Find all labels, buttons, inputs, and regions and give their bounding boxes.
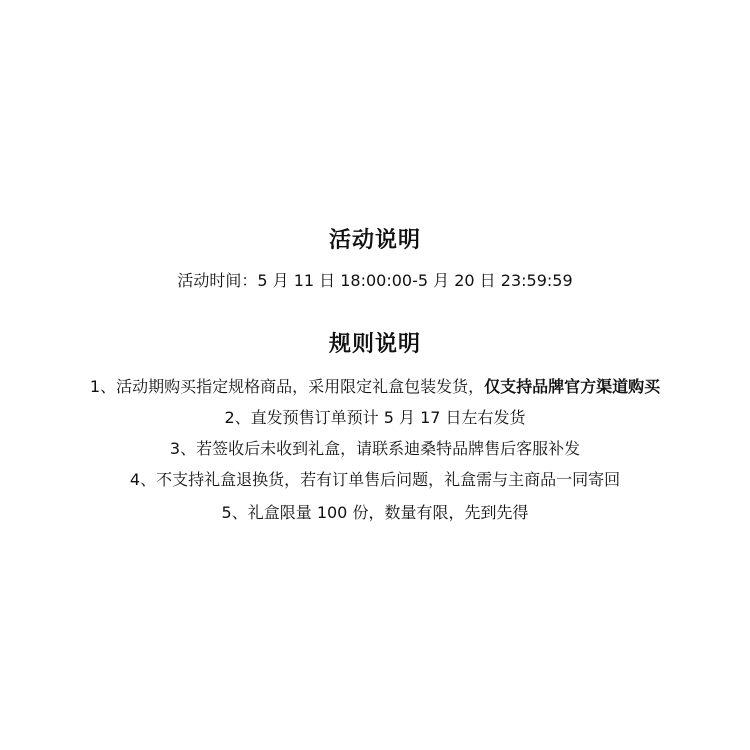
rule-item-4: 4、不支持礼盒退换货，若有订单售后问题，礼盒需与主商品一同寄回 <box>0 469 750 491</box>
rule-item-1-text: 1、活动期购买指定规格商品，采用限定礼盒包装发货， <box>90 377 484 396</box>
rule-item-4-text: 4、不支持礼盒退换货，若有订单售后问题，礼盒需与主商品一同寄回 <box>130 470 620 489</box>
rule-item-2-text: 2、直发预售订单预计 5 月 17 日左右发货 <box>224 408 525 427</box>
rule-item-3-text: 3、若签收后未收到礼盒，请联系迪桑特品牌售后客服补发 <box>170 439 580 458</box>
activity-time: 活动时间：5 月 11 日 18:00:00-5 月 20 日 23:59:59 <box>0 270 750 292</box>
rules-title: 规则说明 <box>0 330 750 360</box>
rule-item-1: 1、活动期购买指定规格商品，采用限定礼盒包装发货，仅支持品牌官方渠道购买 <box>0 376 750 398</box>
rule-item-5: 5、礼盒限量 100 份，数量有限，先到先得 <box>0 502 750 524</box>
rule-item-5-text: 5、礼盒限量 100 份，数量有限，先到先得 <box>222 503 529 522</box>
rule-item-1-emphasis: 仅支持品牌官方渠道购买 <box>484 377 660 396</box>
activity-title: 活动说明 <box>0 226 750 256</box>
rule-item-2: 2、直发预售订单预计 5 月 17 日左右发货 <box>0 407 750 429</box>
rule-item-3: 3、若签收后未收到礼盒，请联系迪桑特品牌售后客服补发 <box>0 438 750 460</box>
